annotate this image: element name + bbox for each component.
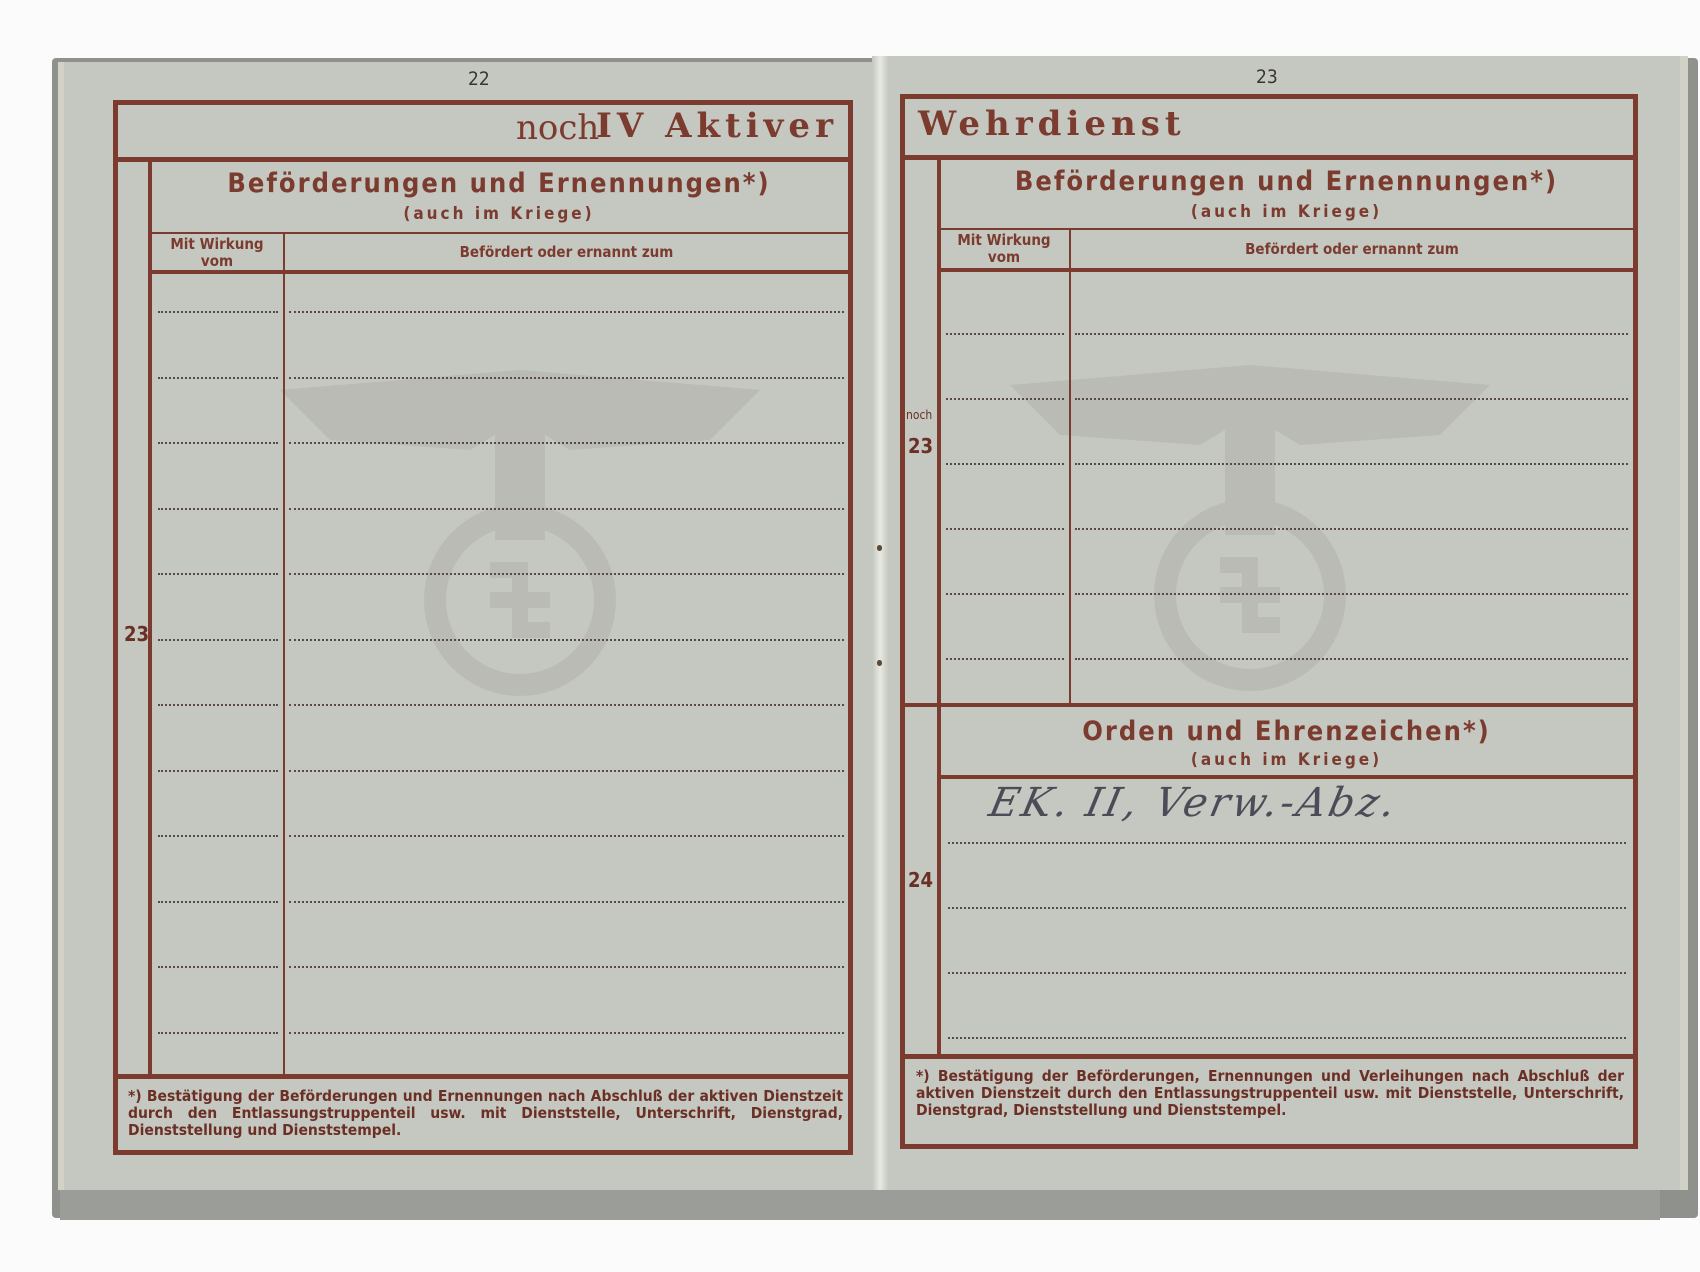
entry-line <box>158 835 278 837</box>
entry-line <box>1075 463 1628 465</box>
section-number: 24 <box>908 868 933 892</box>
entry-line <box>1075 333 1628 335</box>
entry-line <box>1075 528 1628 530</box>
column-header-effective-date: Mit Wirkung vom <box>940 232 1068 266</box>
entry-line <box>158 770 278 772</box>
column-label: vom <box>988 248 1020 266</box>
column-label: Mit Wirkung <box>170 235 263 253</box>
divider <box>900 1054 1638 1059</box>
entry-line <box>158 639 278 641</box>
section-number: 23 <box>124 622 149 646</box>
column-divider <box>283 232 285 1075</box>
book-cover-edge <box>60 1190 1660 1220</box>
column-label: Mit Wirkung <box>957 231 1050 249</box>
entry-line <box>158 966 278 968</box>
entry-line <box>158 1032 278 1034</box>
footnote: *) Bestätigung der Beförderungen, Ernenn… <box>916 1068 1624 1119</box>
entry-line <box>289 442 844 444</box>
header-prefix: noch <box>516 108 599 148</box>
header-title: Wehrdienst <box>918 104 1186 144</box>
entry-line <box>289 311 844 313</box>
divider <box>940 775 1633 779</box>
section-number: 23 <box>908 434 933 458</box>
entry-line <box>289 704 844 706</box>
divider <box>113 1074 853 1079</box>
entry-line <box>289 508 844 510</box>
entry-line <box>1075 593 1628 595</box>
entry-line <box>289 966 844 968</box>
divider <box>940 268 1633 272</box>
section-prefix: noch <box>906 408 932 422</box>
entry-line <box>158 377 278 379</box>
entry-line <box>158 573 278 575</box>
entry-line <box>289 377 844 379</box>
divider <box>900 703 1638 707</box>
entry-line <box>158 311 278 313</box>
entry-line <box>946 528 1064 530</box>
column-header-effective-date: Mit Wirkung vom <box>152 236 282 270</box>
entry-line <box>158 704 278 706</box>
entry-line <box>158 901 278 903</box>
section-subtitle: (auch im Kriege) <box>150 204 848 224</box>
staple-hole <box>877 545 882 551</box>
column-header-promoted-to: Befördert oder ernannt zum <box>285 244 848 261</box>
staple-hole <box>877 660 882 666</box>
entry-line <box>289 835 844 837</box>
divider <box>150 270 848 274</box>
divider <box>113 157 853 162</box>
divider <box>900 155 1638 160</box>
entry-line <box>289 1032 844 1034</box>
entry-line <box>946 463 1064 465</box>
page-number: 22 <box>468 68 490 90</box>
section-title: Beförderungen und Ernennungen*) <box>150 168 848 199</box>
entry-line <box>158 508 278 510</box>
entry-line <box>289 639 844 641</box>
entry-line <box>289 901 844 903</box>
column-divider <box>1069 228 1071 703</box>
section-title: Beförderungen und Ernennungen*) <box>940 166 1633 197</box>
section-column-line <box>148 160 152 1076</box>
entry-line <box>946 398 1064 400</box>
page-number: 23 <box>1256 66 1278 88</box>
divider <box>150 232 848 234</box>
footnote: *) Bestätigung der Beförderungen und Ern… <box>128 1088 843 1139</box>
entry-line <box>289 770 844 772</box>
column-label: vom <box>201 252 233 270</box>
entry-line <box>1075 658 1628 660</box>
entry-line <box>948 842 1626 844</box>
entry-line <box>946 593 1064 595</box>
section-column-line <box>937 158 941 1055</box>
divider <box>940 228 1633 230</box>
entry-line <box>1075 398 1628 400</box>
entry-line <box>948 972 1626 974</box>
entry-line <box>948 1037 1626 1039</box>
handwritten-award-entry: EK. II, Verw.-Abz. <box>985 780 1402 826</box>
entry-line <box>289 573 844 575</box>
book-spine <box>872 56 888 1190</box>
entry-line <box>948 907 1626 909</box>
entry-line <box>946 658 1064 660</box>
section-subtitle: (auch im Kriege) <box>940 202 1633 222</box>
header-title: IV Aktiver <box>596 106 838 146</box>
entry-line <box>946 333 1064 335</box>
awards-title: Orden und Ehrenzeichen*) <box>940 716 1633 747</box>
entry-line <box>158 442 278 444</box>
awards-subtitle: (auch im Kriege) <box>940 750 1633 770</box>
column-header-promoted-to: Befördert oder ernannt zum <box>1071 241 1633 258</box>
